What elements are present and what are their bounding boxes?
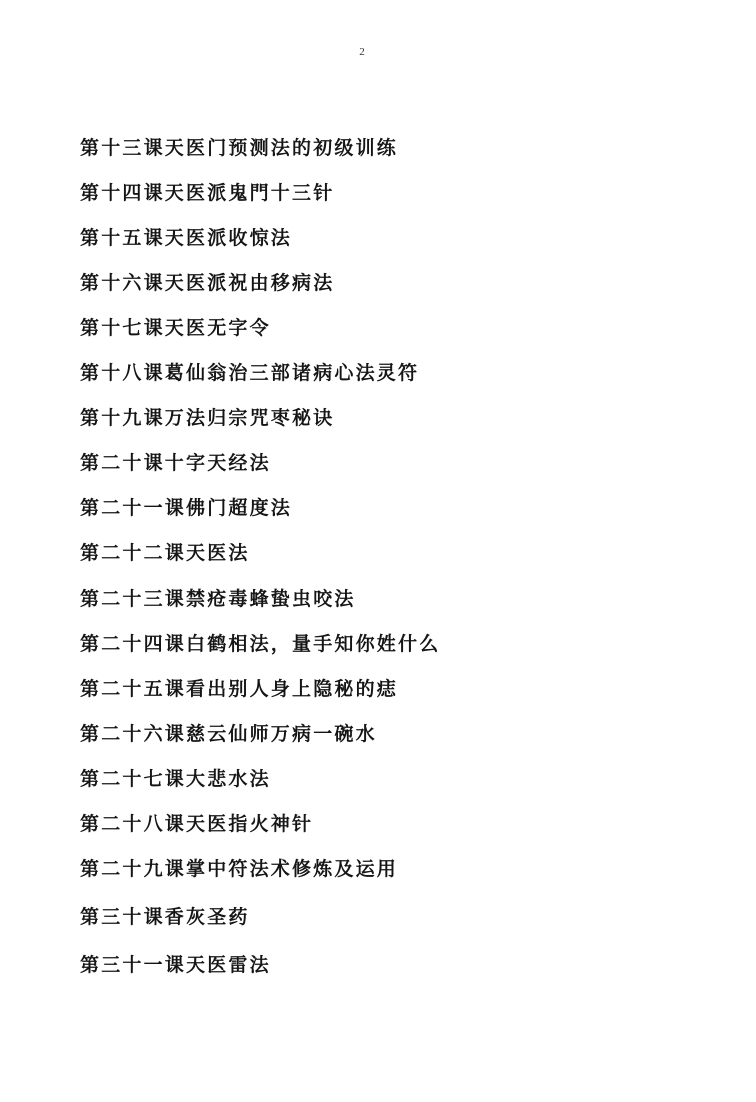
toc-line: 第十五课天医派收惊法 <box>80 226 292 250</box>
toc-line: 第三十一课天医雷法 <box>80 953 271 977</box>
toc-line: 第二十六课慈云仙师万病一碗水 <box>80 722 377 746</box>
toc-line: 第十六课天医派祝由移病法 <box>80 271 334 295</box>
toc-line: 第十三课天医门预测法的初级训练 <box>80 136 398 160</box>
toc-line: 第十四课天医派鬼門十三针 <box>80 181 334 205</box>
toc-line: 第二十四课白鹤相法，量手知你姓什么 <box>80 632 440 656</box>
toc-line: 第十九课万法归宗咒枣秘诀 <box>80 406 334 430</box>
toc-line: 第三十课香灰圣药 <box>80 905 250 929</box>
toc-line: 第十七课天医无字令 <box>80 316 271 340</box>
page-number: 2 <box>0 46 724 58</box>
toc-line: 第二十二课天医法 <box>80 541 250 565</box>
toc-line: 第二十五课看出别人身上隐秘的痣 <box>80 677 398 701</box>
toc-line: 第二十课十字天经法 <box>80 451 271 475</box>
toc-line: 第二十九课掌中符法术修炼及运用 <box>80 857 398 881</box>
toc-line: 第二十八课天医指火神针 <box>80 812 313 836</box>
toc-line: 第十八课葛仙翁治三部诸病心法灵符 <box>80 361 419 385</box>
toc-line: 第二十一课佛门超度法 <box>80 496 292 520</box>
toc-line: 第二十七课大悲水法 <box>80 767 271 791</box>
toc-line: 第二十三课禁疮毒蜂蛰虫咬法 <box>80 587 356 611</box>
